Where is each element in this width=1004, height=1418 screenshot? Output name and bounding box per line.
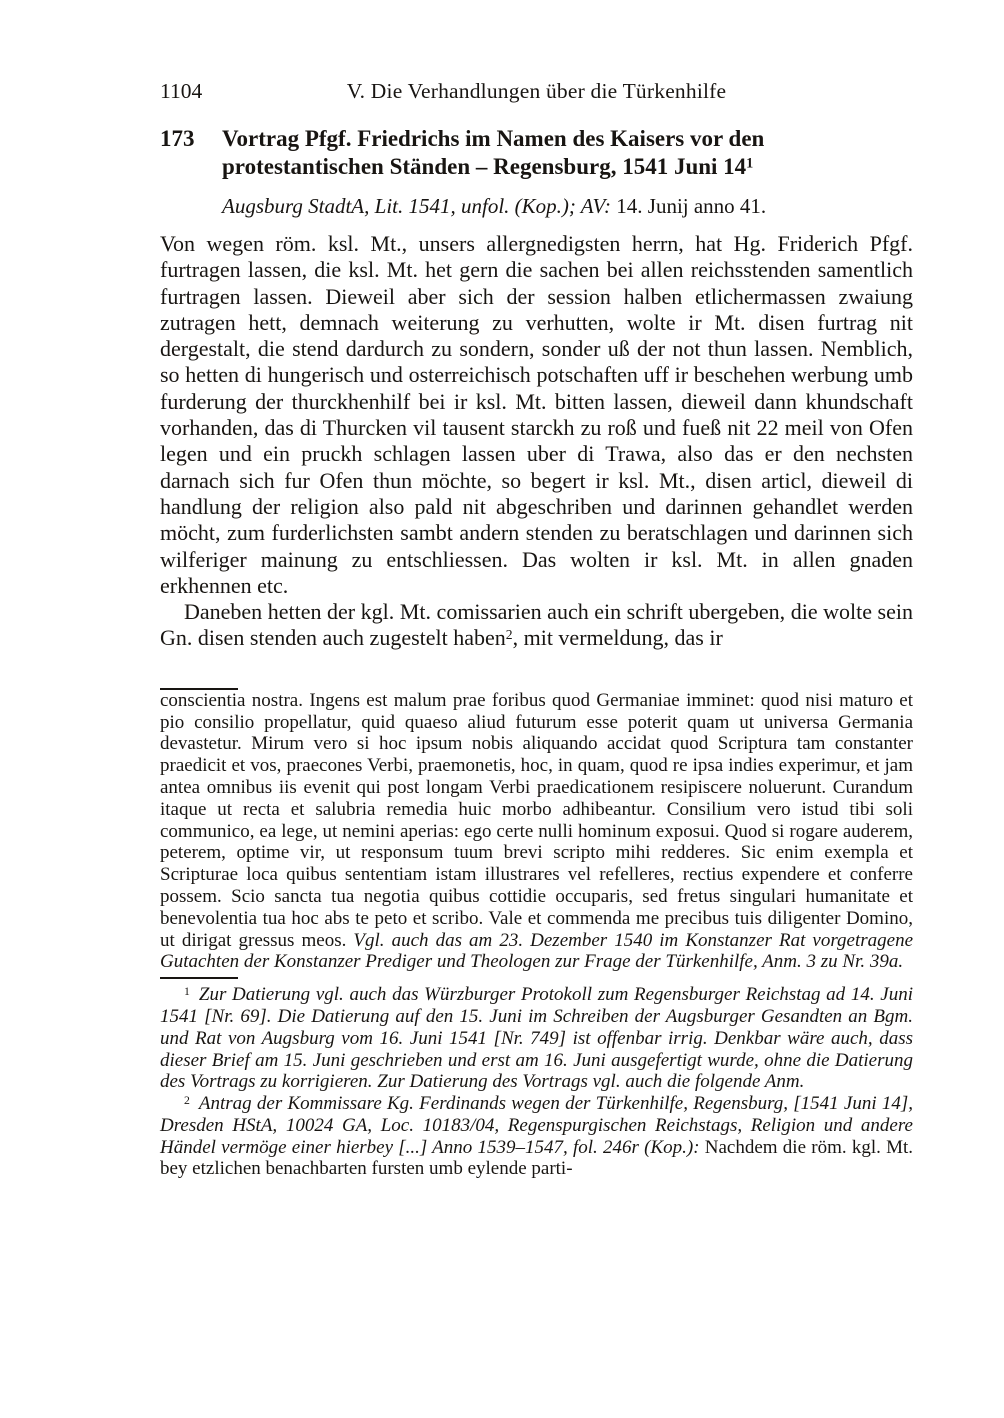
source-date: 14. Junij anno 41. bbox=[616, 194, 766, 218]
entry-title-text: Vortrag Pfgf. Friedrichs im Namen des Ka… bbox=[222, 126, 764, 179]
footnote-1-marker: 1 bbox=[184, 985, 190, 998]
footnote-2-marker: 2 bbox=[184, 1094, 190, 1107]
entry-number: 173 bbox=[160, 125, 222, 181]
source-archive: Augsburg StadtA, Lit. 1541, unfol. (Kop.… bbox=[222, 194, 611, 218]
footnote-separator-rule-2 bbox=[160, 977, 238, 979]
body-paragraph-1: Von wegen röm. ksl. Mt., unsers allergne… bbox=[160, 231, 913, 599]
footnote-2: 2Antrag der Kommissare Kg. Ferdinands we… bbox=[160, 1093, 913, 1180]
source-line: Augsburg StadtA, Lit. 1541, unfol. (Kop.… bbox=[222, 194, 913, 219]
footnote-1: 1Zur Datierung vgl. auch das Würzburger … bbox=[160, 984, 913, 1093]
footnote-ref-1: 1 bbox=[746, 156, 753, 172]
footnote-continuation-block: conscientia nostra. Ingens est malum pra… bbox=[160, 690, 913, 973]
footnotes-block: 1Zur Datierung vgl. auch das Würzburger … bbox=[160, 984, 913, 1180]
body-paragraph-2-tail: , mit vermeldung, das ir bbox=[513, 625, 723, 650]
book-page: 1104 V. Die Verhandlungen über die Türke… bbox=[0, 0, 1004, 1418]
document-body: Von wegen röm. ksl. Mt., unsers allergne… bbox=[160, 231, 913, 652]
footnote-continuation: conscientia nostra. Ingens est malum pra… bbox=[160, 690, 913, 973]
text-block: 1104 V. Die Verhandlungen über die Türke… bbox=[160, 78, 913, 1180]
page-header: 1104 V. Die Verhandlungen über die Türke… bbox=[160, 78, 913, 104]
footnote-continuation-latin: conscientia nostra. Ingens est malum pra… bbox=[160, 690, 913, 951]
footnote-ref-2: 2 bbox=[506, 627, 513, 642]
entry-heading: 173 Vortrag Pfgf. Friedrichs im Namen de… bbox=[160, 125, 913, 181]
entry-title: Vortrag Pfgf. Friedrichs im Namen des Ka… bbox=[222, 125, 913, 181]
body-paragraph-2: Daneben hetten der kgl. Mt. comissarien … bbox=[160, 599, 913, 652]
running-title: V. Die Verhandlungen über die Türkenhilf… bbox=[160, 78, 913, 104]
footnote-1-text: Zur Datierung vgl. auch das Würzburger P… bbox=[160, 984, 913, 1092]
